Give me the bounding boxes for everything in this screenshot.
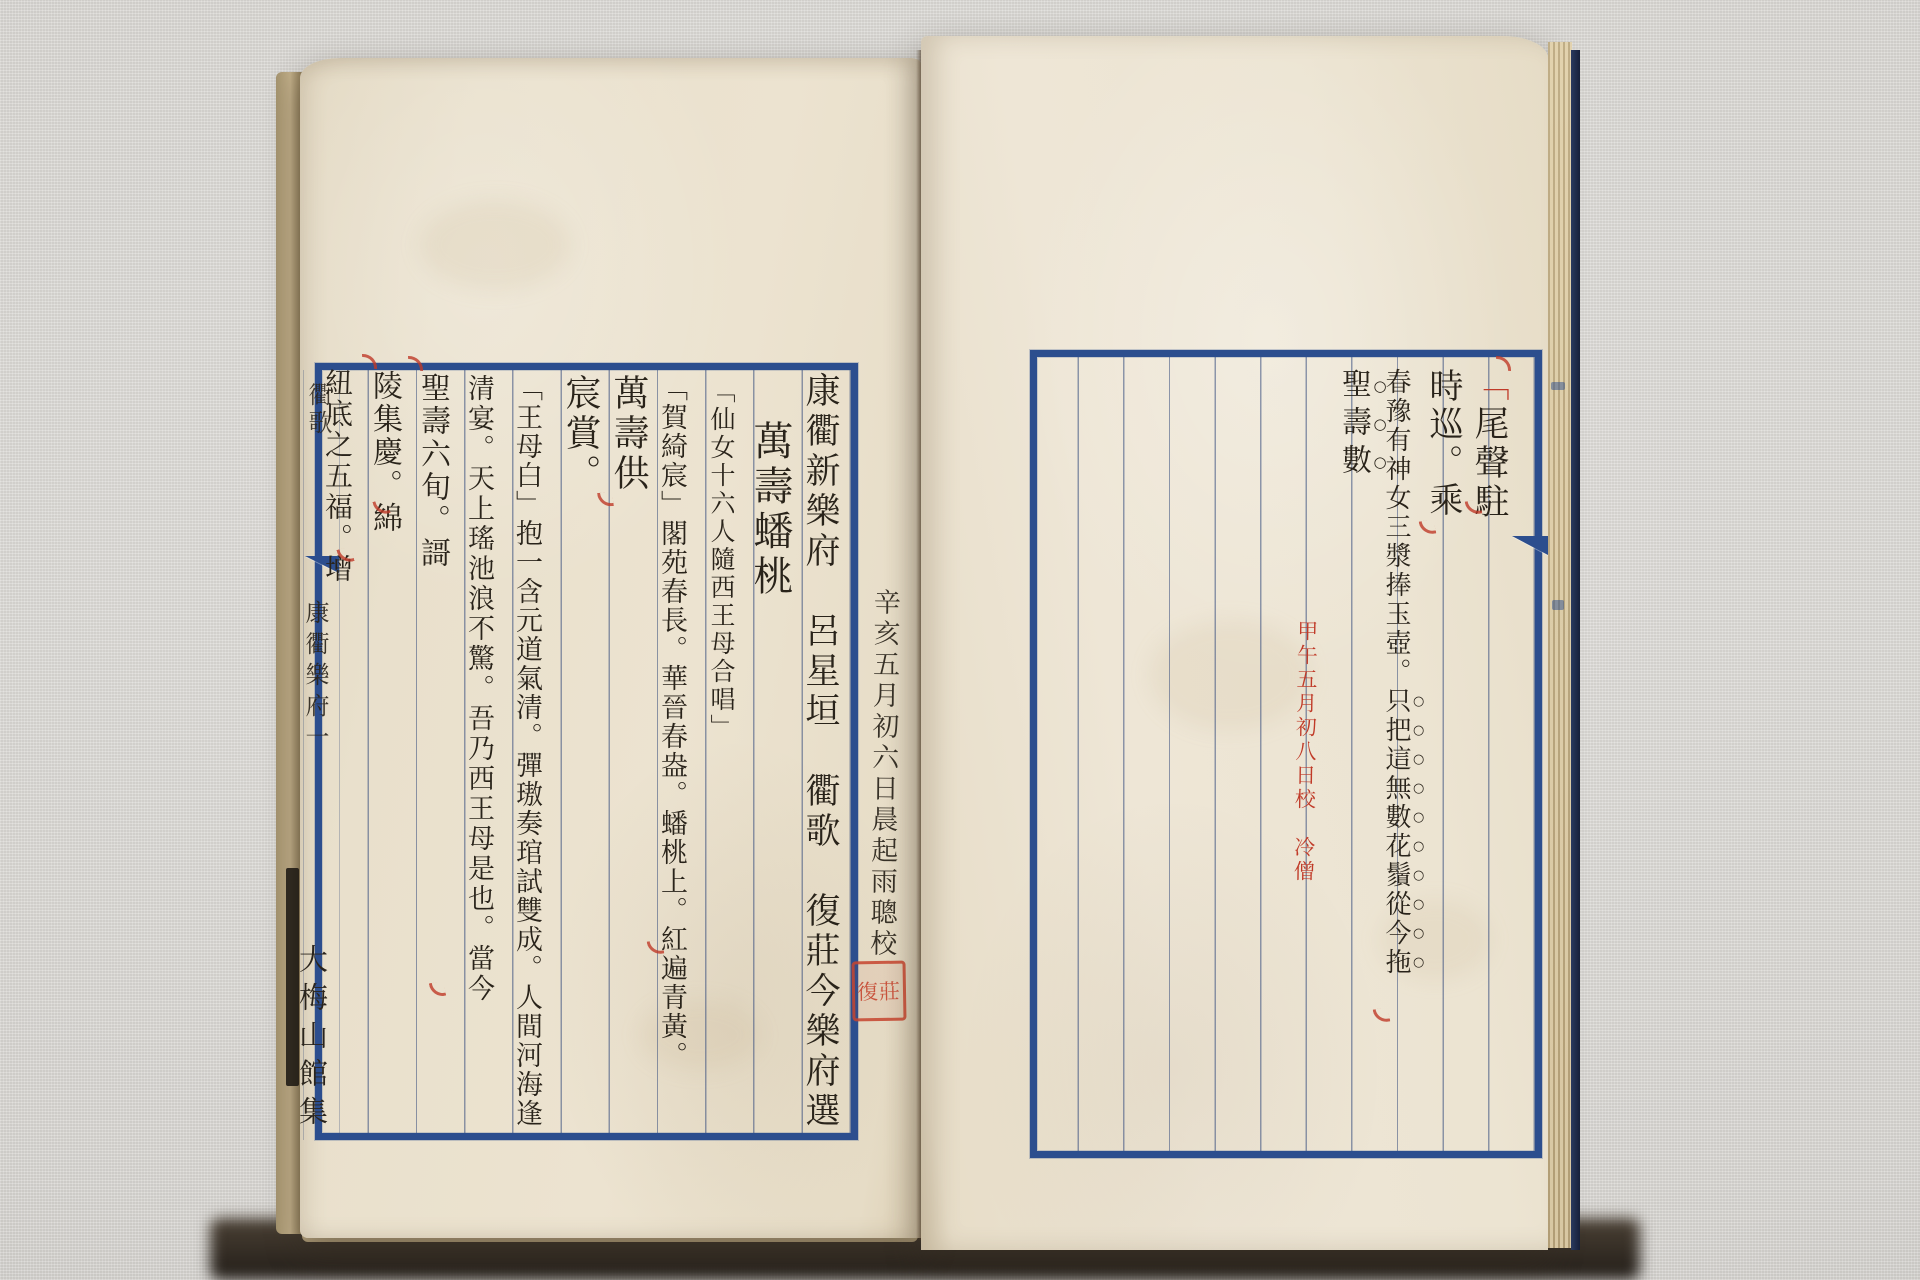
text-column-chenshang: 宸賞。	[562, 374, 598, 494]
banxin-volume-label: 康衢樂府一	[303, 600, 327, 755]
gutter-collation-note: 辛亥五月初六日晨起雨聰校	[867, 588, 898, 960]
text-column-coda-1: 時巡。乘	[1426, 368, 1460, 520]
right-page-ruled-frame	[1030, 350, 1542, 1158]
text-column-header: 康衢新樂府 呂星垣 衢歌 復莊今樂府選	[802, 372, 837, 1132]
right-cover-edge	[1571, 50, 1580, 1250]
seal-stamp: 復莊	[851, 961, 906, 1022]
text-column-aria: 「賀綺宸」閣苑春長。華晉春盎。蟠桃上。紅遍青黃。	[658, 374, 685, 1070]
text-column-coda-3: 聖壽數	[1336, 368, 1389, 482]
text-column-stage-direction: 「仙女十六人隨西王母合唱」	[709, 378, 734, 742]
paper-stain	[420, 200, 570, 290]
banxin-collection-label: 大梅山館集	[297, 944, 326, 1134]
page-stack-fore-edge	[1548, 42, 1572, 1248]
corner-tab-mark	[1512, 536, 1548, 555]
text-column-wanshougong: 萬壽供	[610, 374, 646, 494]
red-quote-mark: 「	[1469, 366, 1509, 405]
fore-edge-blue-mark	[1551, 382, 1565, 390]
text-column-speech-3: 聖壽六旬。謌	[417, 372, 447, 570]
open-book: 衢歌 康衢樂府一 大梅山館集 康衢新樂府 呂星垣 衢歌 復莊今樂府選 萬壽蟠桃 …	[0, 0, 1920, 1280]
fore-edge-blue-mark	[1552, 600, 1564, 610]
red-collation-note: 甲午五月初八日校 冷僧	[1292, 620, 1317, 884]
photograph-of-open-manuscript-book: { "book": { "left_page": { "banxin": { "…	[0, 0, 1920, 1280]
text-column-piece-title: 萬壽蟠桃	[750, 420, 790, 600]
text-column-speech-1: 「王母白」抱一含元道氣清。彈璈奏琯試雙成。人間河海逢	[513, 374, 540, 1128]
text-column-speech-2: 清宴。天上瑤池浪不驚。吾乃西王母是也。當今	[465, 374, 492, 1004]
